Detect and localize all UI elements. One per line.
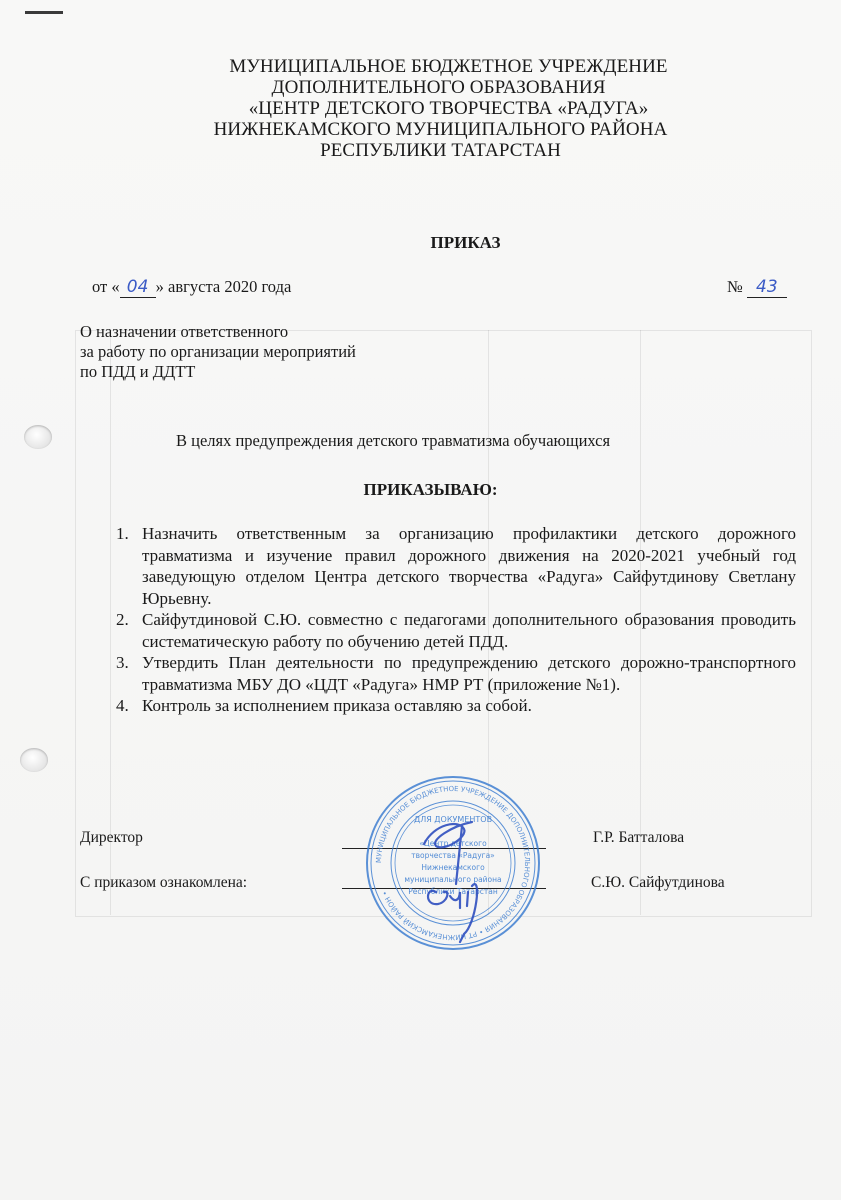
item-number: 2. <box>116 609 129 631</box>
svg-text:Нижнекамского: Нижнекамского <box>421 863 485 872</box>
svg-text:Республики Татарстан: Республики Татарстан <box>408 887 498 896</box>
date-day-handwritten: 04 <box>127 277 149 297</box>
number-handwritten: 43 <box>756 277 778 297</box>
svg-text:муниципального района: муниципального района <box>404 875 501 884</box>
preamble: В целях предупреждения детского травмати… <box>176 431 610 451</box>
subject-line: по ПДД и ДДТТ <box>80 362 356 382</box>
item-text: Сайфутдиновой С.Ю. совместно с педагогам… <box>142 609 796 652</box>
acknowledged-name: С.Ю. Сайфутдинова <box>591 874 725 892</box>
order-item: 4. Контроль за исполнением приказа остав… <box>116 695 796 717</box>
director-name: Г.Р. Батталова <box>593 829 684 847</box>
order-subject: О назначении ответственного за работу по… <box>80 322 356 382</box>
order-number: № 43 <box>727 277 787 298</box>
svg-text:ДЛЯ ДОКУМЕНТОВ: ДЛЯ ДОКУМЕНТОВ <box>414 815 492 824</box>
header-line: НИЖНЕКАМСКОГО МУНИЦИПАЛЬНОГО РАЙОНА <box>0 119 841 140</box>
header-line: «ЦЕНТР ДЕТСКОГО ТВОРЧЕСТВА «РАДУГА» <box>0 98 841 119</box>
director-role: Директор <box>80 829 143 847</box>
subject-line: за работу по организации мероприятий <box>80 342 356 362</box>
item-text: Утвердить План деятельности по предупреж… <box>142 652 796 695</box>
item-number: 1. <box>116 523 129 545</box>
scan-mark <box>25 11 63 14</box>
subject-line: О назначении ответственного <box>80 322 356 342</box>
punch-hole <box>20 748 48 772</box>
acknowledged-role: С приказом ознакомлена: <box>80 874 247 892</box>
item-number: 4. <box>116 695 129 717</box>
date-suffix: » августа 2020 года <box>156 277 292 296</box>
order-items: 1. Назначить ответственным за организаци… <box>116 523 796 717</box>
item-number: 3. <box>116 652 129 674</box>
order-heading: ПРИКАЗЫВАЮ: <box>0 480 841 500</box>
item-text: Контроль за исполнением приказа оставляю… <box>142 695 796 717</box>
date-day-field: 04 <box>120 277 156 298</box>
order-item: 3. Утвердить План деятельности по предуп… <box>116 652 796 695</box>
item-text: Назначить ответственным за организацию п… <box>142 523 796 609</box>
order-item: 2. Сайфутдиновой С.Ю. совместно с педаго… <box>116 609 796 652</box>
bleed-through-line <box>110 330 111 915</box>
svg-text:творчества «Радуга»: творчества «Радуга» <box>411 851 495 860</box>
header-line: РЕСПУБЛИКИ ТАТАРСТАН <box>0 140 841 161</box>
punch-hole <box>24 425 52 449</box>
order-item: 1. Назначить ответственным за организаци… <box>116 523 796 609</box>
header-line: МУНИЦИПАЛЬНОЕ БЮДЖЕТНОЕ УЧРЕЖДЕНИЕ <box>0 56 841 77</box>
official-stamp-icon: МУНИЦИПАЛЬНОЕ БЮДЖЕТНОЕ УЧРЕЖДЕНИЕ ДОПОЛ… <box>364 774 542 952</box>
order-date: от «04» августа 2020 года <box>92 277 291 298</box>
institution-header: МУНИЦИПАЛЬНОЕ БЮДЖЕТНОЕ УЧРЕЖДЕНИЕ ДОПОЛ… <box>0 56 841 161</box>
date-prefix: от « <box>92 277 120 296</box>
document-page: МУНИЦИПАЛЬНОЕ БЮДЖЕТНОЕ УЧРЕЖДЕНИЕ ДОПОЛ… <box>0 0 841 1200</box>
number-label: № <box>727 277 743 296</box>
number-field: 43 <box>747 277 787 298</box>
header-line: ДОПОЛНИТЕЛЬНОГО ОБРАЗОВАНИЯ <box>0 77 841 98</box>
document-title: ПРИКАЗ <box>0 233 841 253</box>
